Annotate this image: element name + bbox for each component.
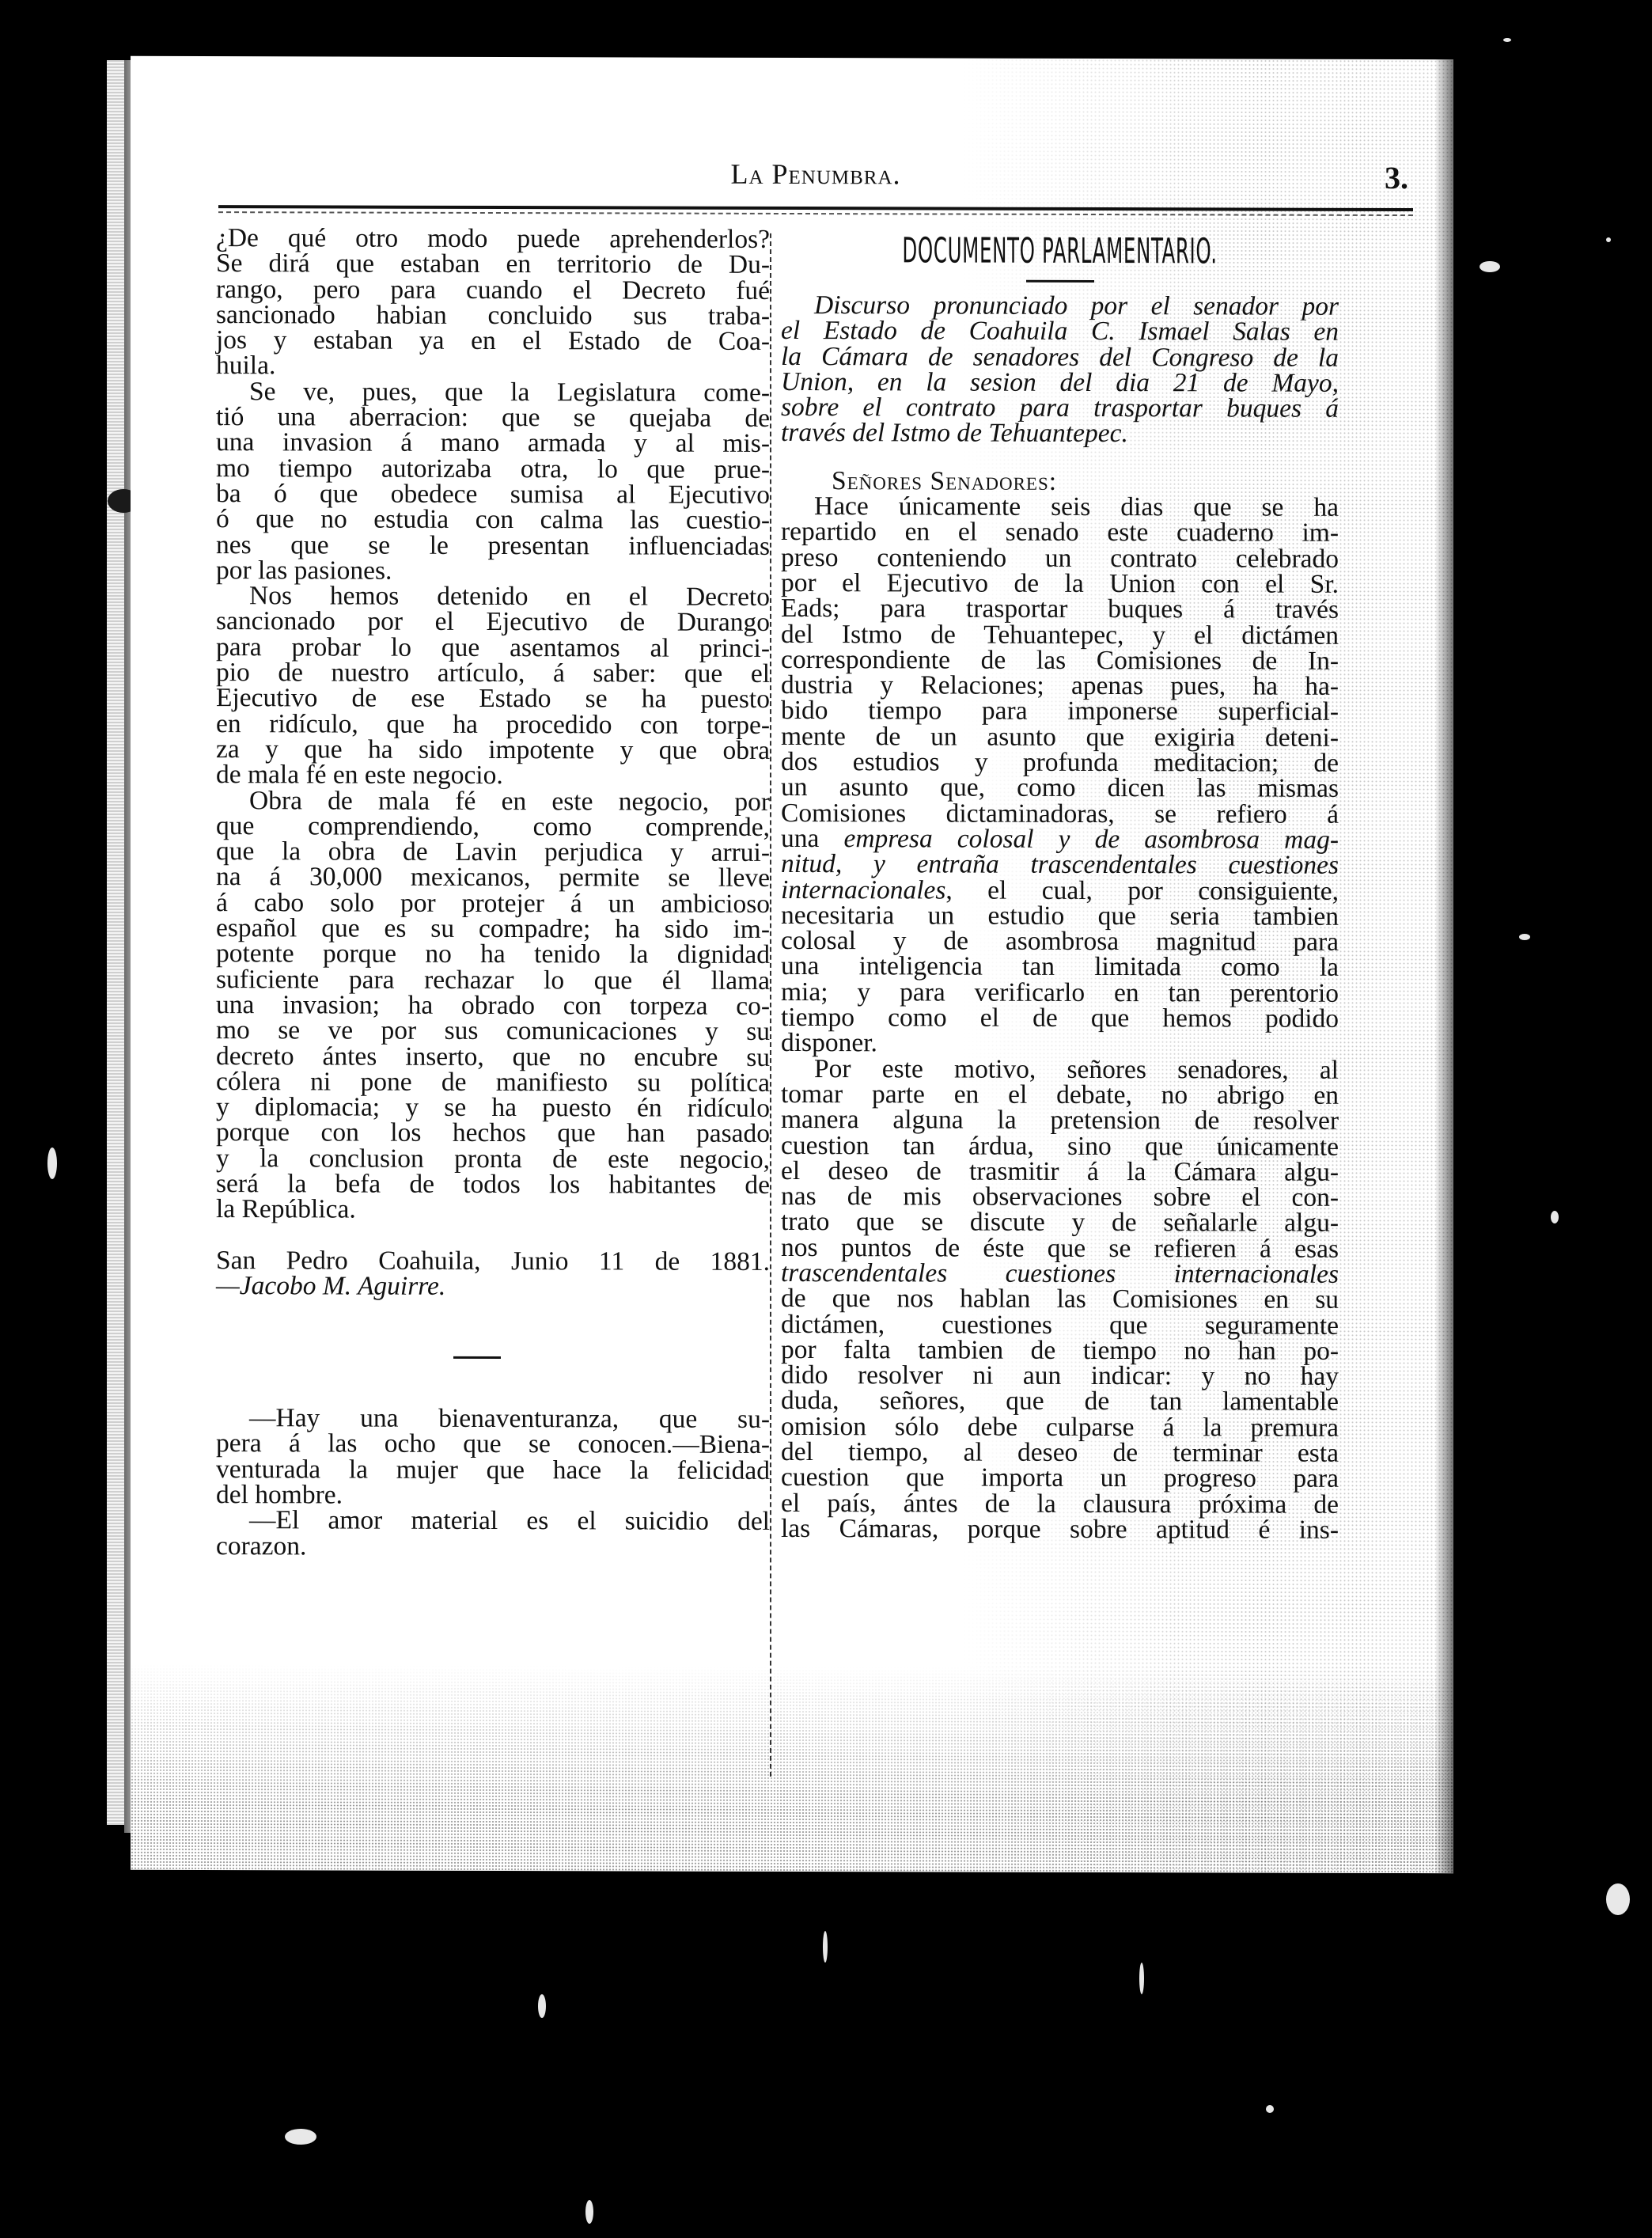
- spacer: [216, 1358, 770, 1407]
- text-line: ó que no estudia con calma las cuestio-: [216, 506, 770, 533]
- left-column: ¿De qué otro modo puede aprehenderlos? S…: [216, 226, 770, 1561]
- paragraph: ¿De qué otro modo puede aprehenderlos? S…: [216, 226, 770, 381]
- paragraph: Nos hemos detenido en el Decreto sancion…: [216, 583, 770, 789]
- publication-title: La Penumbra.: [218, 156, 1413, 192]
- scan-speck: [538, 1994, 546, 2018]
- scan-speck: [585, 2200, 593, 2224]
- title-rule: [1026, 280, 1094, 283]
- scan-speck: [1606, 237, 1611, 242]
- scan-speck: [823, 1931, 828, 1963]
- speech-subtitle: Discurso pronunciado por el senador por …: [781, 293, 1339, 448]
- column-divider: [770, 233, 771, 1777]
- header-rule-secondary: [218, 211, 1413, 216]
- section-title: DOCUMENTO PARLAMENTARIO.: [887, 229, 1233, 274]
- page-right-edge-shadow: [1436, 59, 1453, 1873]
- running-header: La Penumbra. 3.: [218, 156, 1413, 207]
- author-signature: —Jacobo M. Aguirre.: [216, 1273, 770, 1300]
- newspaper-page: La Penumbra. 3. ¿De qué otro modo puede …: [131, 56, 1453, 1873]
- scan-speck: [1503, 38, 1511, 42]
- paragraph: Por este motivo, señores senadores, al t…: [781, 1056, 1339, 1543]
- scan-speck: [1266, 2105, 1274, 2113]
- scan-speck: [1139, 1963, 1144, 1994]
- scan-speck: [285, 2129, 316, 2145]
- spacer: [216, 1299, 770, 1357]
- maxim: —Hay una bienaventuranza, que su- pera á…: [216, 1405, 770, 1509]
- scan-speck: [1480, 261, 1500, 272]
- scan-speck: [47, 1147, 57, 1179]
- text-line: través del Istmo de Tehuantepec.: [781, 420, 1339, 447]
- paragraph: Se ve, pues, que la Legislatura come- ti…: [216, 379, 770, 585]
- text-line: mo se ve por sus comunicaciones y su: [216, 1018, 770, 1045]
- binding-edge-outer: [107, 60, 124, 1825]
- scan-speck: [1606, 1883, 1630, 1915]
- scan-speck: [1519, 934, 1530, 940]
- text-line: corazon.: [216, 1534, 770, 1561]
- text-line: las Cámaras, porque sobre aptitud é ins-: [781, 1516, 1339, 1543]
- text-line: jos y estaban ya en el Estado de Coa-: [216, 328, 770, 355]
- text-line: manera alguna la pretension de resolver: [781, 1107, 1339, 1134]
- text-line: la República.: [216, 1197, 770, 1223]
- paragraph: Obra de mala fé en este negocio, por que…: [216, 788, 770, 1224]
- page-number: 3.: [1385, 159, 1408, 196]
- right-column: DOCUMENTO PARLAMENTARIO. Discurso pronun…: [781, 227, 1339, 1543]
- text-line: de mala fé en este negocio.: [216, 762, 770, 789]
- maxim: —El amor material es el suicidio del cor…: [216, 1508, 770, 1560]
- scan-speck: [1551, 1211, 1559, 1223]
- paragraph: Hace únicamente seis dias que se ha repa…: [781, 494, 1339, 1057]
